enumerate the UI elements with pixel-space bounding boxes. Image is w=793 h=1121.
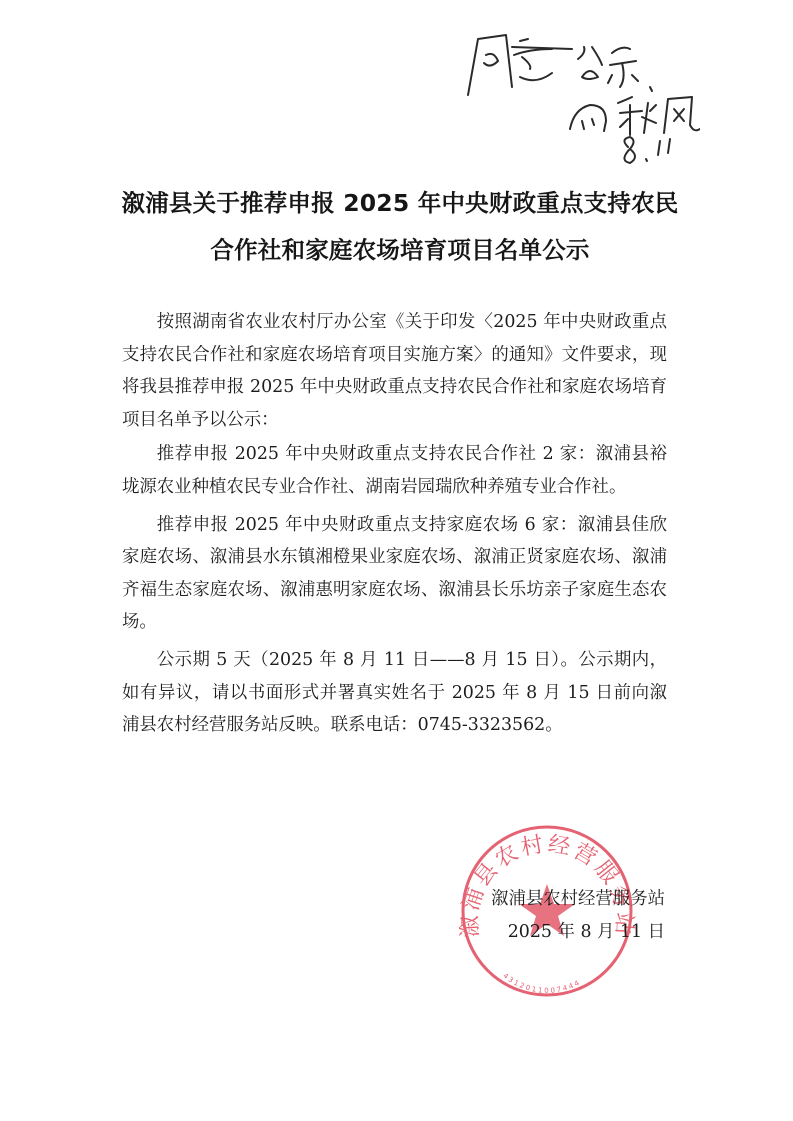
document-page: 溆浦县关于推荐申报 2025 年中央财政重点支持农民 合作社和家庭农场培育项目名… — [0, 0, 793, 1121]
document-title: 溆浦县关于推荐申报 2025 年中央财政重点支持农民 合作社和家庭农场培育项目名… — [115, 180, 685, 274]
title-line-2: 合作社和家庭农场培育项目名单公示 — [115, 227, 685, 274]
issue-date: 2025 年 8 月 11 日 — [491, 916, 665, 949]
title-line-1: 溆浦县关于推荐申报 2025 年中央财政重点支持农民 — [115, 180, 685, 227]
document-body: 按照湖南省农业农村厅办公室《关于印发〈2025 年中央财政重点支持农民合作社和家… — [122, 306, 667, 742]
paragraph-cooperatives: 推荐申报 2025 年中央财政重点支持农民合作社 2 家：溆浦县裕垅源农业种植农… — [122, 438, 667, 503]
signature-block: 溆浦县农村经营服务站 2025 年 8 月 11 日 — [491, 883, 665, 949]
paragraph-intro: 按照湖南省农业农村厅办公室《关于印发〈2025 年中央财政重点支持农民合作社和家… — [122, 306, 667, 436]
issuing-organization: 溆浦县农村经营服务站 — [491, 883, 665, 916]
paragraph-family-farms: 推荐申报 2025 年中央财政重点支持家庭农场 6 家：溆浦县佳欣家庭农场、溆浦… — [122, 509, 667, 639]
paragraph-publicity-period: 公示期 5 天（2025 年 8 月 11 日——8 月 15 日）。公示期内，… — [122, 644, 667, 742]
handwritten-approval — [460, 25, 700, 170]
